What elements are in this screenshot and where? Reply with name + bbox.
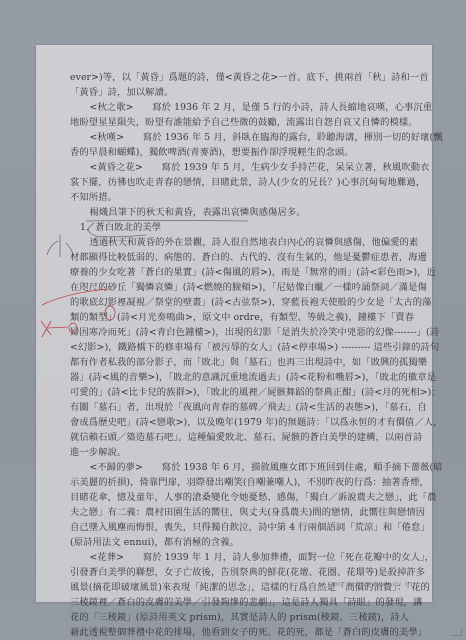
- text-line: 楊熾昌筆下的秋天和黃昏，表露出哀憐與感傷居多。: [70, 205, 388, 220]
- text-line: 類的類型」(詩<月光奏鳴曲>，原文中 ordre，有類型、等級之義)，鐘樓下「賣…: [70, 310, 388, 325]
- document-body: ever>)等，以「黃昏」爲題的詩，僅<黃昏之花>一首。底下，挑兩首「秋」詩和一…: [70, 70, 388, 640]
- text-line: (原詩用法文 ennui)，都有消極的含義。: [70, 535, 388, 550]
- text-line: 「黃昏」詩，加以解讀。: [70, 85, 388, 100]
- text-line: 婦因寒冷而死」(詩<青白色鐘樓>)，出現的幻影「是消失於冷笑中兇惡的幻像----…: [70, 325, 388, 340]
- scan-corner-mark: [451, 629, 462, 636]
- paragraph-section-1: 透過秋天和黃昏的外在景觀，詩人很自然地表白內心的哀憐與感傷，他偏愛的素 材都顯得…: [70, 235, 388, 460]
- text-line: <秋嘆> 寫於 1936 年 5 月，斜臥在臨海的露台，聆聽海濤，揮別一切的好壞…: [70, 130, 388, 145]
- paragraph-huang-hun-zhi-hua: <黃昏之花> 寫於 1939 年 5 月，生病少女手持芒花，呆呆立著，秋風吹動衣…: [70, 160, 388, 205]
- text-line: 引發蒼白美學的聯想，女子亡故後，告別祭典的鮮花(花壇、花圈、花環等)是殺掉許多: [70, 565, 388, 580]
- text-line: 會成爲歷史吧」(詩<戀歌>)，以及晚年(1979 年)的無題詩：「以爲永恒的才有…: [70, 415, 388, 430]
- text-line: 目睹花傘，憶及童年，人事的滄桑變化令她憂愁、感傷，「獨白／訴說農夫之戀」，此「農: [70, 490, 388, 505]
- text-line: ever>)等，以「黃昏」爲題的詩，僅<黃昏之花>一首。底下，挑兩首「秋」詩和一…: [70, 70, 388, 85]
- text-line: <花葬> 寫於 1939 年 1 月，詩人參加葬禮，面對一位「死在花瓣中的女人」…: [70, 550, 388, 565]
- text-line: <幻影>)，鐵路橋下的修車場有「被污辱的女人」(詩<停車場>) --------…: [70, 340, 388, 355]
- paragraph-intro: ever>)等，以「黃昏」爲題的詩，僅<黃昏之花>一首。底下，挑兩首「秋」詩和一…: [70, 70, 388, 100]
- text-line: 材都顯得比較低弱的、病態的、蒼白的、古代的、沒有生氣的，他是憂鬱症患者，海邊: [70, 250, 388, 265]
- document-page: ever>)等，以「黃昏」爲題的詩，僅<黃昏之花>一首。底下，挑兩首「秋」詩和一…: [36, 45, 432, 602]
- text-line: <秋之歌> 寫於 1936 年 2 月，是僅 5 行的小詩，詩人長縮地哀嘆，心事…: [70, 100, 388, 115]
- text-line: 示美麗的折損)，倚靠門扉，羽際發出嘲笑(自嘲兼嘲人)，不別昨夜的行爲：抽著香煙，: [70, 475, 388, 490]
- text-line: 不知所措。: [70, 190, 388, 205]
- text-line: 藉此透視整個葬禮中花的排場，他看到女子的死、花的死，都是「蒼白的皮膚的美學」: [70, 625, 388, 640]
- text-line: 香的早晨和蝴蝶)，獨飲啤酒(青麥酒)，想要振作卻浮現輕生的念頭。: [70, 145, 388, 160]
- text-line: <不歸的夢> 寫於 1938 年 6 月，描敘風塵女郎下班回到住處，順手摘下薔薇…: [70, 460, 388, 475]
- text-line: 在咫尺的砂丘「獨憐哀憐」(詩<燃燒的臉頰>)，「尼姑像白蠟／一樣吟誦祭詞／滿是傷: [70, 280, 388, 295]
- text-line: 花的「三稜鏡」(原詩用英文 prism)，其實是詩人的 prism(稜鏡、三稜鏡…: [70, 610, 388, 625]
- text-line: 三稜鏡裡／蒼白的皮膚的美學／引發夠慘的悲劇」，這是詩人獨具「詩眼」的發現，講: [70, 595, 388, 610]
- text-line: 夫之戀」有二義：農村田園生活的嚮往，與丈夫(身爲農夫)間的戀情，此嚮往與戀情因: [70, 505, 388, 520]
- paragraph-qiu-tan: <秋嘆> 寫於 1936 年 5 月，斜臥在臨海的露台，聆聽海濤，揮別一切的好壞…: [70, 130, 388, 160]
- text-line: 的歌底幻影裡凝視／祭堂的壁畫」(詩<古弦祭>)，穿藍長袍天使般的少女是「太古的藻: [70, 295, 388, 310]
- text-line: <黃昏之花> 寫於 1939 年 5 月，生病少女手持芒花，呆呆立著，秋風吹動衣: [70, 160, 388, 175]
- text-line: 器」(詩<風的音樂>)，「敗北的意識沉重地流過去」(詩<花粉和嘴唇>)，「敗北的…: [70, 370, 388, 385]
- text-line: 自己墜入風塵而悔恨，喪失，只得獨自飲泣，詩中第 4 行兩個語詞「荒涼」和「倦怠」: [70, 520, 388, 535]
- archive-reference-note: NMTL 20150410-05-019_P11 7/11: [332, 583, 416, 588]
- text-line: 透過秋天和黃昏的外在景觀，詩人很自然地表白內心的哀憐與感傷，他偏愛的素: [70, 235, 388, 250]
- text-line: 療養的少女吃著「蒼白的果實」(詩<傷風的唇>)，雨是「無常的雨」(詩<彩色雨>)…: [70, 265, 388, 280]
- paragraph-summary: 楊熾昌筆下的秋天和黃昏，表露出哀憐與感傷居多。: [70, 205, 388, 220]
- paragraph-hua-zang: <花葬> 寫於 1939 年 1 月，詩人參加葬禮，面對一位「死在花瓣中的女人」…: [70, 550, 388, 640]
- text-line: 地盼望星星隕失，盼望有誰能給予自己些微的鼓勵，流露出自怨自哀又自憐的模樣。: [70, 115, 388, 130]
- text-line: 可愛的」(詩<比卡兒的族群>)，「敗北的風裡／屍骸舞蹈的祭典正酣」(詩<月的死相…: [70, 385, 388, 400]
- text-line: 有關「墓石」者，出現於「夜風向青春的墓碑／飛去」(詩<生活的表態>)，「墓石，自: [70, 400, 388, 415]
- section-heading: 1．蒼白敗北的美學: [80, 220, 388, 235]
- text-line: 就信賴石頭／築造墓石吧」。這種偏愛敗北、墓石、屍骸的蒼白美學的建構，以兩首詩: [70, 430, 388, 445]
- text-line: 進一步解說。: [70, 445, 388, 460]
- red-x-mark: [41, 321, 68, 337]
- text-line: 都有作者私我的部分影子，而「敗北」與「墓石」也再三出現詩中，如「敗興的孤獨樂: [70, 355, 388, 370]
- section-heading-text: 1．蒼白敗北的美學: [80, 220, 388, 235]
- text-line: 裳下擺，彷彿也吹走青春的戀情，目睹此景，詩人(少女的兄長？)心事沉甸甸地難過，: [70, 175, 388, 190]
- paragraph-qiu-zhi-ge: <秋之歌> 寫於 1936 年 2 月，是僅 5 行的小詩，詩人長縮地哀嘆，心事…: [70, 100, 388, 130]
- paragraph-bu-gui-de-meng: <不歸的夢> 寫於 1938 年 6 月，描敘風塵女郎下班回到住處，順手摘下薔薇…: [70, 460, 388, 550]
